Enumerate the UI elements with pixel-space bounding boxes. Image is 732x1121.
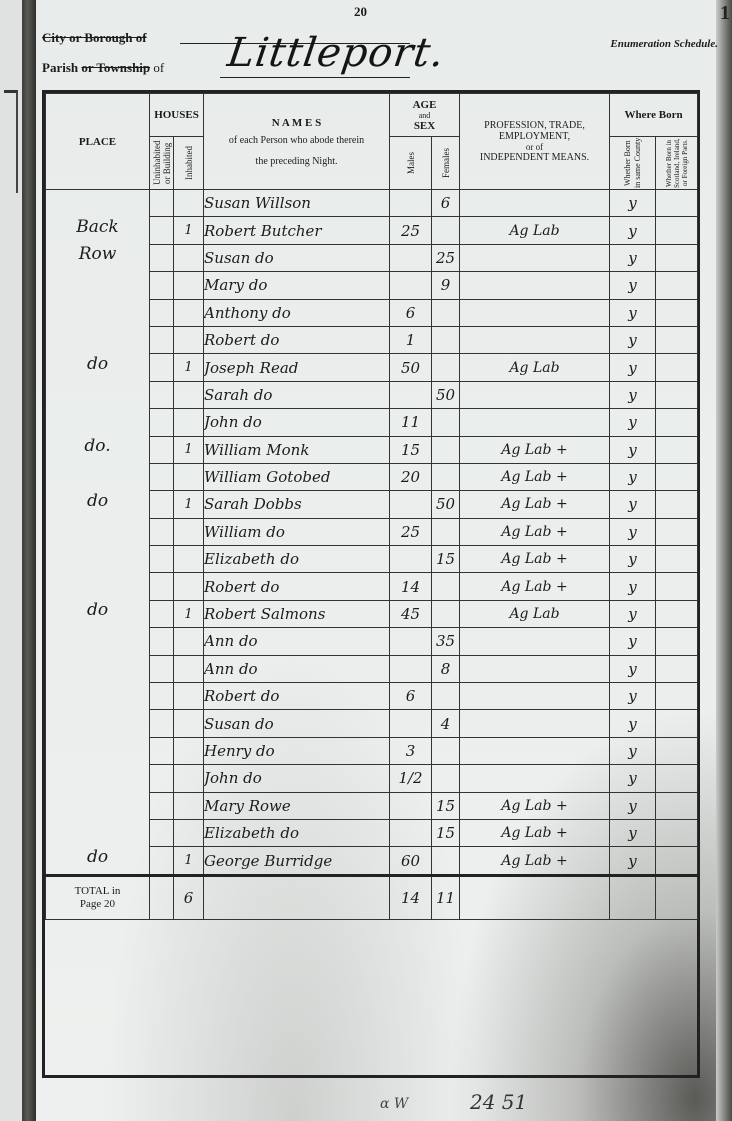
census-profession: Ag Lab + (460, 546, 610, 573)
census-male-age (390, 244, 432, 271)
table-row: Mary do9y (46, 272, 698, 299)
census-female-age (432, 600, 460, 627)
census-profession: Ag Lab + (460, 573, 610, 600)
census-inhabited (174, 573, 204, 600)
census-same-county: y (610, 354, 656, 381)
footer-marks-right: 24 51 (470, 1090, 527, 1114)
left-page-edge (0, 0, 22, 1121)
page-binding (22, 0, 36, 1121)
header-sex: SEX (390, 120, 459, 132)
header-age-sex: AGE and SEX (390, 94, 460, 137)
census-female-age: 8 (432, 655, 460, 682)
census-same-county: y (610, 244, 656, 271)
census-uninhabited (150, 381, 174, 408)
census-female-age (432, 354, 460, 381)
census-female-age (432, 573, 460, 600)
census-scotland (656, 737, 698, 764)
census-inhabited (174, 299, 204, 326)
census-female-age (432, 217, 460, 244)
census-profession (460, 272, 610, 299)
census-inhabited: 1 (174, 491, 204, 518)
census-female-age: 9 (432, 272, 460, 299)
census-uninhabited (150, 491, 174, 518)
census-male-age: 25 (390, 518, 432, 545)
census-place (46, 737, 150, 764)
census-profession (460, 190, 610, 217)
census-uninhabited (150, 354, 174, 381)
census-name: William do (204, 518, 390, 545)
census-inhabited (174, 190, 204, 217)
header-profession-1: PROFESSION, TRADE, (460, 120, 609, 131)
census-male-age: 50 (390, 354, 432, 381)
census-uninhabited (150, 737, 174, 764)
census-inhabited (174, 381, 204, 408)
census-name: Joseph Read (204, 354, 390, 381)
census-same-county: y (610, 792, 656, 819)
total-uninhabited (150, 875, 174, 919)
census-male-age: 6 (390, 683, 432, 710)
header-same-county-text: Whether Born in same County (623, 137, 643, 189)
census-place (46, 628, 150, 655)
census-inhabited: 1 (174, 354, 204, 381)
census-uninhabited (150, 628, 174, 655)
census-male-age (390, 628, 432, 655)
header-profession-3: or of (460, 142, 609, 152)
table-row: Sarah do50y (46, 381, 698, 408)
census-profession: Ag Lab + (460, 792, 610, 819)
census-inhabited: 1 (174, 600, 204, 627)
census-same-county: y (610, 847, 656, 875)
total-label-line1: TOTAL in (46, 885, 149, 898)
census-scotland (656, 190, 698, 217)
header-females: Females (432, 137, 460, 190)
census-place (46, 819, 150, 846)
census-name: Sarah do (204, 381, 390, 408)
census-uninhabited (150, 244, 174, 271)
corner-number: 1 (720, 2, 730, 25)
table-row: Henry do3y (46, 737, 698, 764)
census-female-age: 15 (432, 792, 460, 819)
schedule-label: Enumeration Schedule. (610, 38, 718, 50)
header-names-sub1: of each Person who abode therein (204, 135, 389, 146)
footer-marks-left: α W (380, 1096, 408, 1112)
census-male-age (390, 710, 432, 737)
township-label-text: or Township (81, 60, 150, 75)
census-inhabited (174, 628, 204, 655)
census-inhabited (174, 819, 204, 846)
census-female-age (432, 683, 460, 710)
census-name: William Gotobed (204, 463, 390, 490)
census-place (46, 272, 150, 299)
header-age-and: and (390, 111, 459, 120)
census-name: Anthony do (204, 299, 390, 326)
total-profession (460, 875, 610, 919)
census-place: Back (46, 217, 150, 244)
census-place (46, 573, 150, 600)
census-same-county: y (610, 436, 656, 463)
census-scotland (656, 710, 698, 737)
census-inhabited (174, 765, 204, 792)
total-scotland (656, 875, 698, 919)
census-scotland (656, 819, 698, 846)
header-same-county: Whether Born in same County (610, 137, 656, 190)
census-uninhabited (150, 847, 174, 875)
table-row: do1Sarah Dobbs50Ag Lab +y (46, 491, 698, 518)
census-profession (460, 628, 610, 655)
census-inhabited (174, 463, 204, 490)
census-profession (460, 765, 610, 792)
census-male-age: 20 (390, 463, 432, 490)
census-female-age: 50 (432, 381, 460, 408)
header-names-sub2: the preceding Night. (204, 156, 389, 167)
table-row: Elizabeth do15Ag Lab +y (46, 546, 698, 573)
census-female-age (432, 409, 460, 436)
census-male-age (390, 381, 432, 408)
census-scotland (656, 847, 698, 875)
table-row: William do25Ag Lab +y (46, 518, 698, 545)
census-uninhabited (150, 217, 174, 244)
census-scotland (656, 272, 698, 299)
census-scotland (656, 765, 698, 792)
census-place (46, 655, 150, 682)
census-profession (460, 409, 610, 436)
census-scotland (656, 409, 698, 436)
header-profession: PROFESSION, TRADE, EMPLOYMENT, or of IND… (460, 94, 610, 190)
census-profession: Ag Lab + (460, 518, 610, 545)
census-inhabited (174, 244, 204, 271)
census-male-age (390, 491, 432, 518)
census-uninhabited (150, 190, 174, 217)
census-same-county: y (610, 683, 656, 710)
census-same-county: y (610, 326, 656, 353)
census-uninhabited (150, 819, 174, 846)
census-male-age (390, 792, 432, 819)
census-same-county: y (610, 655, 656, 682)
census-male-age: 6 (390, 299, 432, 326)
census-scotland (656, 217, 698, 244)
census-inhabited (174, 272, 204, 299)
table-row: Robert do6y (46, 683, 698, 710)
table-row: Ann do35y (46, 628, 698, 655)
table-row: John do11y (46, 409, 698, 436)
header-uninhabited: Uninhabited or Building (150, 137, 174, 190)
census-name: Sarah Dobbs (204, 491, 390, 518)
census-name: Mary do (204, 272, 390, 299)
census-page: 20 1 City or Borough of Parish or Townsh… (0, 0, 732, 1121)
table-row: Robert do14Ag Lab +y (46, 573, 698, 600)
parish-label-text: Parish (42, 60, 78, 75)
census-profession (460, 683, 610, 710)
census-male-age: 1 (390, 326, 432, 353)
census-same-county: y (610, 190, 656, 217)
census-inhabited (174, 655, 204, 682)
census-name: George Burridge (204, 847, 390, 875)
census-scotland (656, 518, 698, 545)
census-inhabited (174, 518, 204, 545)
census-profession: Ag Lab (460, 600, 610, 627)
census-uninhabited (150, 573, 174, 600)
census-place (46, 518, 150, 545)
census-rows: Susan Willson6yBack1Robert Butcher25Ag L… (46, 190, 698, 876)
census-same-county: y (610, 491, 656, 518)
census-male-age: 1/2 (390, 765, 432, 792)
census-place (46, 546, 150, 573)
census-place: Row (46, 244, 150, 271)
census-profession (460, 710, 610, 737)
census-same-county: y (610, 463, 656, 490)
census-same-county: y (610, 710, 656, 737)
census-profession: Ag Lab + (460, 491, 610, 518)
header-scotland-text: Whether Born in Scotland, Ireland, or Fo… (665, 137, 689, 189)
census-male-age: 45 (390, 600, 432, 627)
total-names (204, 875, 390, 919)
census-scotland (656, 436, 698, 463)
census-uninhabited (150, 655, 174, 682)
census-same-county: y (610, 737, 656, 764)
census-inhabited (174, 409, 204, 436)
census-name: Robert Butcher (204, 217, 390, 244)
census-female-age: 35 (432, 628, 460, 655)
census-scotland (656, 683, 698, 710)
table-row: do1George Burridge60Ag Lab +y (46, 847, 698, 875)
census-male-age: 3 (390, 737, 432, 764)
table-row: Mary Rowe15Ag Lab +y (46, 792, 698, 819)
table-row: Robert do1y (46, 326, 698, 353)
total-males: 14 (390, 875, 432, 919)
census-scotland (656, 299, 698, 326)
census-same-county: y (610, 573, 656, 600)
census-place (46, 299, 150, 326)
of-label: of (153, 60, 164, 75)
census-female-age (432, 436, 460, 463)
census-place (46, 381, 150, 408)
city-label: City or Borough of (42, 30, 147, 46)
census-uninhabited (150, 710, 174, 737)
total-inhabited: 6 (174, 875, 204, 919)
census-same-county: y (610, 299, 656, 326)
census-same-county: y (610, 628, 656, 655)
census-place (46, 792, 150, 819)
census-place (46, 409, 150, 436)
header-females-text: Females (441, 148, 451, 178)
census-female-age (432, 326, 460, 353)
header-place: PLACE (46, 94, 150, 190)
census-scotland (656, 244, 698, 271)
census-same-county: y (610, 272, 656, 299)
census-profession: Ag Lab + (460, 819, 610, 846)
header-houses: HOUSES (150, 94, 204, 137)
census-same-county: y (610, 381, 656, 408)
census-profession: Ag Lab (460, 217, 610, 244)
census-place (46, 326, 150, 353)
census-name: Robert do (204, 683, 390, 710)
census-name: Elizabeth do (204, 546, 390, 573)
census-female-age: 15 (432, 546, 460, 573)
page-number: 20 (354, 4, 367, 20)
census-female-age: 4 (432, 710, 460, 737)
census-place (46, 463, 150, 490)
header-scotland: Whether Born in Scotland, Ireland, or Fo… (656, 137, 698, 190)
census-name: John do (204, 409, 390, 436)
total-same-county (610, 875, 656, 919)
census-male-age: 25 (390, 217, 432, 244)
census-uninhabited (150, 683, 174, 710)
census-uninhabited (150, 409, 174, 436)
census-name: Ann do (204, 628, 390, 655)
census-inhabited: 1 (174, 217, 204, 244)
census-scotland (656, 628, 698, 655)
census-profession (460, 244, 610, 271)
census-female-age (432, 518, 460, 545)
census-profession: Ag Lab + (460, 847, 610, 875)
census-profession: Ag Lab (460, 354, 610, 381)
census-female-age (432, 463, 460, 490)
census-male-age: 14 (390, 573, 432, 600)
table-row: Susan do4y (46, 710, 698, 737)
census-scotland (656, 546, 698, 573)
table-row: do.1William Monk15Ag Lab +y (46, 436, 698, 463)
header-where-born: Where Born (610, 94, 698, 137)
census-table-frame: PLACE HOUSES N A M E S of each Person wh… (42, 90, 700, 1078)
census-profession (460, 381, 610, 408)
census-place: do (46, 847, 150, 875)
header-profession-2: EMPLOYMENT, (460, 131, 609, 142)
census-profession (460, 326, 610, 353)
census-male-age (390, 546, 432, 573)
census-profession (460, 299, 610, 326)
census-name: Elizabeth do (204, 819, 390, 846)
census-female-age (432, 299, 460, 326)
parish-underline (220, 77, 410, 78)
header-males: Males (390, 137, 432, 190)
census-place (46, 190, 150, 217)
census-uninhabited (150, 792, 174, 819)
census-place (46, 683, 150, 710)
census-female-age: 50 (432, 491, 460, 518)
census-uninhabited (150, 518, 174, 545)
census-male-age: 60 (390, 847, 432, 875)
header-age: AGE (390, 99, 459, 111)
census-inhabited: 1 (174, 436, 204, 463)
census-same-county: y (610, 217, 656, 244)
census-female-age (432, 737, 460, 764)
table-row: do1Joseph Read50Ag Laby (46, 354, 698, 381)
census-male-age (390, 655, 432, 682)
census-place: do. (46, 436, 150, 463)
table-row: Susan Willson6y (46, 190, 698, 217)
census-name: Ann do (204, 655, 390, 682)
census-female-age (432, 765, 460, 792)
census-name: Susan Willson (204, 190, 390, 217)
census-inhabited (174, 546, 204, 573)
census-male-age (390, 190, 432, 217)
header-males-text: Males (406, 152, 416, 174)
table-row: John do1/2y (46, 765, 698, 792)
table-row: do1Robert Salmons45Ag Laby (46, 600, 698, 627)
census-uninhabited (150, 299, 174, 326)
census-inhabited (174, 326, 204, 353)
census-place: do (46, 354, 150, 381)
census-scotland (656, 326, 698, 353)
census-profession (460, 655, 610, 682)
census-profession (460, 737, 610, 764)
census-same-county: y (610, 765, 656, 792)
header-profession-4: INDEPENDENT MEANS. (460, 152, 609, 163)
table-row: Back1Robert Butcher25Ag Laby (46, 217, 698, 244)
census-scotland (656, 792, 698, 819)
census-place (46, 710, 150, 737)
census-inhabited (174, 737, 204, 764)
census-uninhabited (150, 600, 174, 627)
census-inhabited (174, 683, 204, 710)
census-profession: Ag Lab + (460, 463, 610, 490)
census-male-age (390, 819, 432, 846)
census-uninhabited (150, 272, 174, 299)
header-uninhabited-text: Uninhabited or Building (152, 137, 172, 189)
census-scotland (656, 463, 698, 490)
census-name: Robert do (204, 326, 390, 353)
census-scotland (656, 381, 698, 408)
census-scotland (656, 491, 698, 518)
table-row: RowSusan do25y (46, 244, 698, 271)
census-same-county: y (610, 546, 656, 573)
census-name: Henry do (204, 737, 390, 764)
census-female-age: 15 (432, 819, 460, 846)
census-same-county: y (610, 409, 656, 436)
table-row: Anthony do6y (46, 299, 698, 326)
census-name: Robert Salmons (204, 600, 390, 627)
header-names-title: N A M E S (204, 117, 389, 129)
census-inhabited: 1 (174, 847, 204, 875)
census-scotland (656, 354, 698, 381)
census-profession: Ag Lab + (460, 436, 610, 463)
census-uninhabited (150, 765, 174, 792)
census-male-age (390, 272, 432, 299)
census-table: PLACE HOUSES N A M E S of each Person wh… (45, 93, 698, 920)
census-uninhabited (150, 326, 174, 353)
header-inhabited: Inhabited (174, 137, 204, 190)
table-row: William Gotobed20Ag Lab +y (46, 463, 698, 490)
census-name: Mary Rowe (204, 792, 390, 819)
census-place (46, 765, 150, 792)
census-name: John do (204, 765, 390, 792)
census-uninhabited (150, 436, 174, 463)
census-male-age: 15 (390, 436, 432, 463)
census-place: do (46, 491, 150, 518)
census-same-county: y (610, 600, 656, 627)
census-same-county: y (610, 518, 656, 545)
total-row: TOTAL in Page 20 6 14 11 (46, 875, 698, 919)
census-uninhabited (150, 546, 174, 573)
census-female-age (432, 847, 460, 875)
census-inhabited (174, 710, 204, 737)
header-names: N A M E S of each Person who abode there… (204, 94, 390, 190)
table-row: Ann do8y (46, 655, 698, 682)
parish-name: Littleport. (225, 30, 448, 76)
census-scotland (656, 600, 698, 627)
total-label: TOTAL in Page 20 (46, 875, 150, 919)
right-page-edge (716, 0, 732, 1121)
census-name: Susan do (204, 244, 390, 271)
census-same-county: y (610, 819, 656, 846)
census-female-age: 25 (432, 244, 460, 271)
census-name: Robert do (204, 573, 390, 600)
city-label-text: City or Borough of (42, 30, 147, 45)
header-inhabited-text: Inhabited (184, 146, 194, 180)
census-name: William Monk (204, 436, 390, 463)
census-inhabited (174, 792, 204, 819)
parish-label: Parish or Township of (42, 60, 164, 76)
